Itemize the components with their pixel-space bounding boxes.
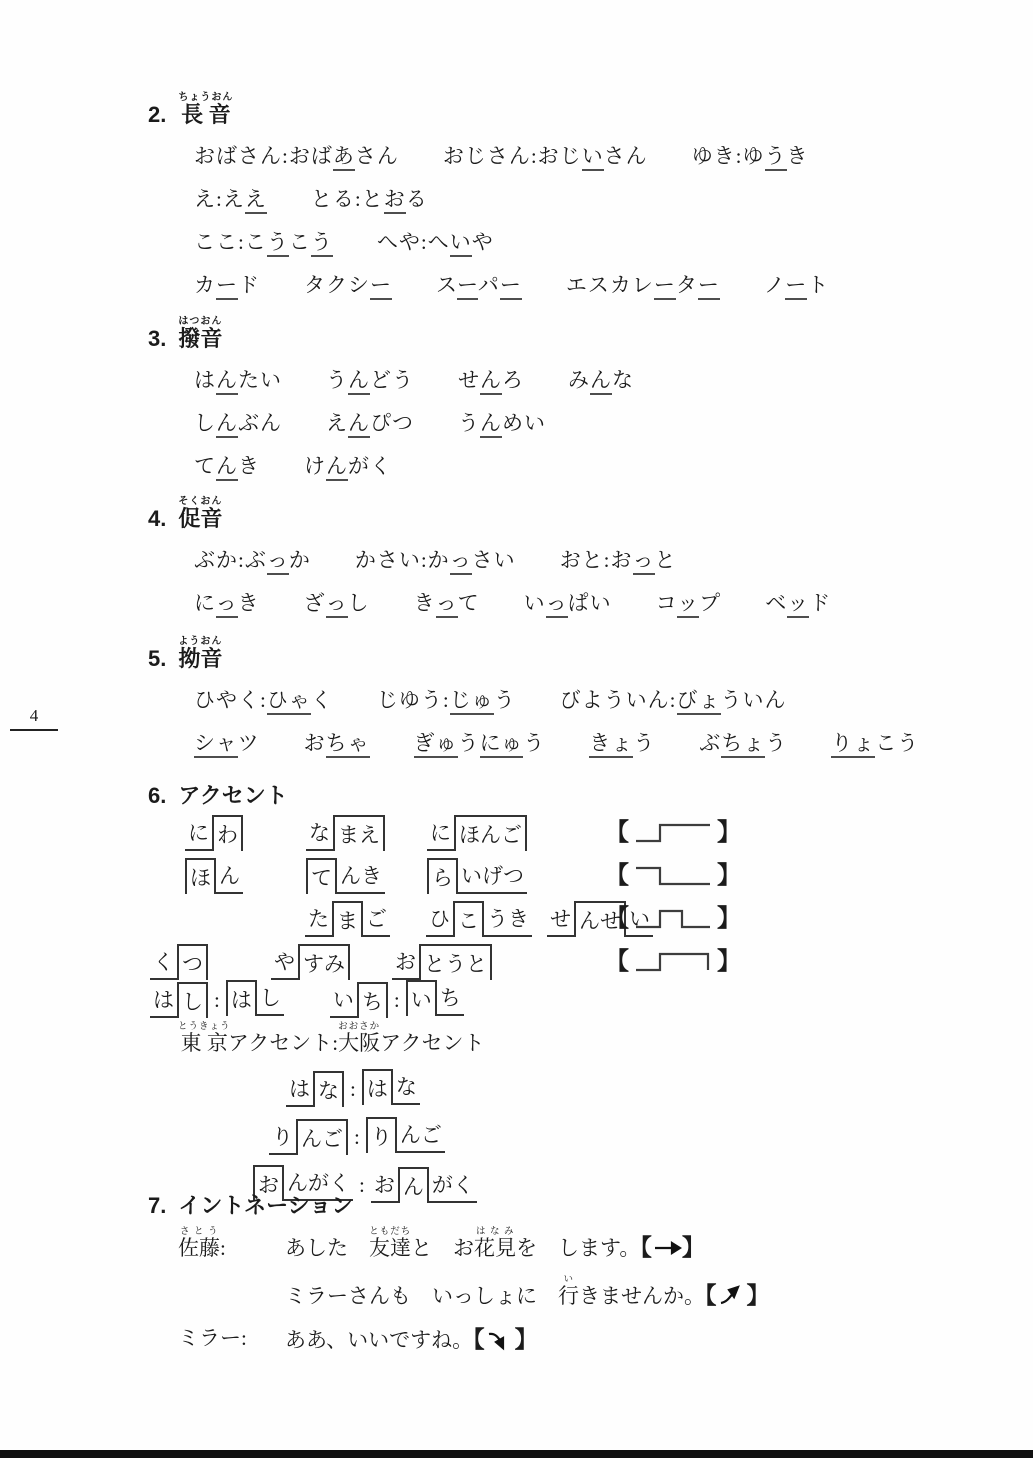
mora: か: [289, 548, 311, 572]
text-run: を: [516, 1236, 537, 1260]
accent-compare-row: りんご:りんご: [148, 1120, 1018, 1155]
underlined-mora: ん: [480, 368, 502, 395]
pitch-lo-mora: んき: [337, 858, 385, 894]
section-title-furigana: はつおん: [178, 316, 222, 327]
underlined-mora: ー: [785, 273, 807, 300]
text-run: いっしょに: [432, 1284, 537, 1308]
section-intonation-header: 7. イントネーション: [148, 1194, 1018, 1218]
intonation-arrow-rise-icon: [717, 1285, 747, 1307]
underlined-mora: ちょ: [721, 731, 765, 758]
mora: る: [406, 187, 428, 211]
accent-word: りんご: [366, 1117, 445, 1153]
section-title-ruby: 拗音ようおん: [178, 636, 222, 671]
mora: く: [311, 688, 333, 712]
mora: お: [304, 731, 326, 755]
dialogue-text: ミラーさんもいっしょに行いきませんか。【】: [285, 1275, 1018, 1314]
intonation-arrow-brackets: 【】: [473, 1328, 538, 1352]
underlined-mora: う: [765, 144, 787, 171]
underlined-mora: ちゃ: [326, 731, 370, 758]
section-sokuon: 4. 促音そくおん ぶか:ぶっかかさい:かっさいおと:おっと にっきざっしきって…: [148, 496, 1018, 617]
mora: え: [326, 411, 348, 435]
mora: カ: [194, 273, 216, 297]
mora: な: [612, 368, 634, 392]
pitch-hi-mora: ら: [427, 858, 458, 894]
underlined-mora: びょ: [677, 688, 721, 715]
mora: おと:お: [560, 548, 633, 572]
accent-word-slot: ほん: [185, 858, 306, 894]
mora: ぶ: [699, 731, 721, 755]
section-title: アクセント: [178, 784, 287, 808]
mora: ここ:こ: [194, 230, 267, 254]
underlined-mora: ー: [698, 273, 720, 300]
intonation-arrow-brackets: 【】: [705, 1284, 770, 1308]
text-run: ミラーさんも: [285, 1284, 411, 1308]
section-title-ruby: 促音そくおん: [178, 496, 222, 531]
mora: う: [765, 731, 787, 755]
mora: う: [326, 368, 348, 392]
accent-minimal-pairs-row: はし:はしいち:いち: [148, 983, 1018, 1018]
underlined-mora: っ: [326, 591, 348, 618]
drill-word: うんめい: [458, 407, 546, 437]
underlined-mora: ー: [500, 273, 522, 300]
pitch-lo-mora: いげつ: [458, 858, 527, 894]
accent-word: なまえ: [306, 815, 385, 851]
pitch-lo-mora: な: [393, 1069, 420, 1105]
mora: がく: [348, 454, 392, 478]
mora: せ: [458, 368, 480, 392]
section-choon-header: 2. 長音ちょうおん: [148, 92, 1018, 127]
underlined-mora: シャ: [194, 731, 238, 758]
underlined-mora: ん: [216, 368, 238, 395]
underlined-mora: ッ: [677, 591, 699, 618]
mora: ぶん: [238, 411, 282, 435]
section-title: 促音: [178, 506, 222, 531]
pitch-lo-mora: し: [257, 980, 284, 1016]
section-sokuon-header: 4. 促音そくおん: [148, 496, 1018, 531]
pitch-lo-mora: うき: [484, 901, 532, 937]
drill-word: ぶちょう: [699, 727, 787, 757]
accent-word-slot: やすみ: [271, 944, 392, 980]
accent-word: たまご: [305, 901, 390, 937]
section-hatsuon: 3. 撥音はつおん はんたいうんどうせんろみんな しんぶんえんぴつうんめい てん…: [148, 316, 1018, 480]
section-choon: 2. 長音ちょうおん おばさん:おばあさんおじさん:おじいさんゆき:ゆうき え:…: [148, 92, 1018, 299]
pitch-lo-mora: せ: [547, 901, 574, 937]
drill-line: はんたいうんどうせんろみんな: [148, 364, 1018, 394]
left-lenticular-bracket: 【: [605, 821, 629, 845]
accent-word: くつ: [150, 944, 208, 980]
underlined-mora: ぎゅ: [414, 731, 458, 758]
accent-word: やすみ: [271, 944, 350, 980]
colon: :: [214, 988, 220, 1012]
underlined-mora: っ: [267, 548, 289, 575]
drill-word: せんろ: [458, 364, 524, 394]
section-number: 7.: [148, 1194, 166, 1218]
drill-word: きって: [414, 587, 480, 617]
drill-word: いっぱい: [524, 587, 612, 617]
underlined-mora: ん: [348, 368, 370, 395]
mora: ノ: [764, 273, 785, 297]
drill-word: ゆき:ゆうき: [692, 140, 809, 170]
mora: ツ: [238, 731, 260, 755]
drill-word: スーパー: [436, 269, 522, 299]
underlined-mora: っ: [436, 591, 458, 618]
mora: ひやく:: [194, 688, 267, 712]
pitch-pattern: 【】: [605, 817, 741, 849]
scanned-textbook-page: { "page_number": "4", "sections": { "cho…: [0, 0, 1033, 1458]
right-lenticular-bracket: 】: [682, 1234, 705, 1260]
underlined-mora: ん: [590, 368, 612, 395]
right-lenticular-bracket: 】: [717, 950, 741, 974]
pitch-contour-lh-icon: [632, 817, 714, 849]
pitch-contour-lhl-icon: [632, 903, 714, 935]
mora: こう: [875, 731, 919, 755]
section-title: 長音: [178, 102, 233, 127]
mora: き: [238, 591, 260, 615]
mora: こ: [289, 230, 311, 254]
right-lenticular-bracket: 】: [747, 1282, 770, 1308]
underlined-mora: お: [384, 187, 406, 214]
underlined-mora: りょ: [831, 731, 875, 758]
pitch-hi-mora: こ: [453, 901, 484, 937]
mora: コ: [656, 591, 678, 615]
pitch-lo-mora: く: [150, 944, 177, 980]
underlined-mora: い: [582, 144, 604, 171]
accent-compare-row: はな:はな: [148, 1072, 1018, 1107]
pitch-pattern: 【】: [605, 946, 741, 978]
pitch-hi-mora: ほ: [185, 858, 216, 894]
right-lenticular-bracket: 】: [717, 864, 741, 888]
pitch-hi-mora: わ: [212, 815, 243, 851]
colon: :: [359, 1173, 365, 1197]
intonation-arrow-flat-icon: [652, 1237, 682, 1259]
section-title: イントネーション: [178, 1194, 353, 1218]
mora: と: [655, 548, 677, 572]
accent-word: はな: [286, 1071, 344, 1107]
accent-words: にわなまえにほんご: [185, 815, 548, 851]
accent-word: いち: [406, 980, 464, 1016]
mora: じゆう:: [377, 688, 450, 712]
accent-word: はし: [226, 980, 284, 1016]
mora: ス: [436, 273, 457, 297]
left-lenticular-bracket: 【: [640, 1234, 652, 1260]
pitch-hi-mora: んご: [296, 1119, 348, 1155]
underlined-mora: う: [311, 230, 333, 257]
drill-word: みんな: [568, 364, 634, 394]
underlined-mora: ー: [216, 273, 238, 300]
underlined-mora: ひゃ: [267, 688, 311, 715]
section-title-furigana: ようおん: [178, 636, 222, 647]
accent-word: いち: [330, 982, 388, 1018]
drill-line: にっきざっしきっていっぱいコップベッド: [148, 587, 1018, 617]
mora: ベ: [765, 591, 787, 615]
mora: びよういん:: [560, 688, 677, 712]
pitch-hi-mora: すみ: [298, 944, 350, 980]
mora: どう: [370, 368, 414, 392]
pitch-contour-lhf-icon: [632, 946, 714, 978]
left-lenticular-bracket: 【: [473, 1326, 485, 1352]
underlined-mora: ん: [216, 411, 238, 438]
drill-line: ひやく:ひゃくじゆう:じゅうびよういん:びょういん: [148, 684, 1018, 714]
pitch-lo-mora: や: [271, 944, 298, 980]
speaker-name: ミラー:: [178, 1322, 285, 1358]
mora: エスカレ: [566, 273, 654, 297]
pitch-hi-mora: り: [366, 1117, 397, 1153]
mora: タ: [676, 273, 698, 297]
underlined-mora: う: [267, 230, 289, 257]
drill-word: ひやく:ひゃく: [194, 684, 333, 714]
underlined-mora: っ: [216, 591, 238, 618]
accent-label: アクセント: [228, 1031, 332, 1055]
pitch-lo-mora: お: [392, 944, 419, 980]
accent-row: たまごひこうきせんせい 【】: [148, 902, 1018, 937]
text-run: きませんか。: [579, 1284, 705, 1308]
drill-line: カードタクシースーパーエスカレーターノート: [148, 269, 1018, 299]
text-run: :: [241, 1326, 247, 1350]
pitch-lo-mora: ひ: [426, 901, 453, 937]
underlined-mora: にゅ: [480, 731, 524, 758]
drill-word: シャツ: [194, 727, 260, 757]
mora: し: [194, 411, 216, 435]
mora: え:え: [194, 187, 245, 211]
mora: て: [458, 591, 480, 615]
section-accent-header: 6. アクセント: [148, 784, 1018, 808]
section-title: 撥音: [178, 326, 222, 351]
ruby-base: 行: [558, 1284, 579, 1308]
ruby-word: 佐藤さとう: [178, 1236, 220, 1260]
ruby-base: 友達: [369, 1236, 411, 1260]
drill-word: ざっし: [304, 587, 370, 617]
drill-word: コップ: [656, 587, 722, 617]
mora: ド: [238, 273, 260, 297]
underlined-mora: ん: [326, 454, 348, 481]
left-lenticular-bracket: 【: [605, 864, 629, 888]
accent-words: はし:はしいち:いち: [150, 980, 464, 1018]
section-title: 拗音: [178, 646, 222, 671]
colon: :: [394, 988, 400, 1012]
furigana: ともだち: [369, 1227, 411, 1237]
pitch-hi-mora: まえ: [333, 815, 385, 851]
underlined-mora: ー: [654, 273, 676, 300]
mora: ぱい: [568, 591, 612, 615]
drill-word: へや:へいや: [377, 226, 494, 256]
mora: や: [472, 230, 494, 254]
dialogue-text: ああ、いいですね。【】: [285, 1322, 1018, 1358]
drill-word: おちゃ: [304, 727, 370, 757]
drill-word: え:ええ: [194, 183, 267, 213]
dialogue-text: あした友達ともだちとお花見はなみをします。【】: [285, 1227, 1018, 1266]
pitch-lo-mora: は: [286, 1071, 313, 1107]
drill-word: ノート: [764, 269, 829, 299]
accent-word: おとうと: [392, 944, 492, 980]
section-title-furigana: ちょうおん: [178, 92, 233, 103]
mora: ゆき:ゆ: [692, 144, 765, 168]
mora: ういん: [721, 688, 787, 712]
pitch-lo-mora: んご: [397, 1117, 445, 1153]
drill-word: カード: [194, 269, 260, 299]
underlined-mora: ん: [480, 411, 502, 438]
accent-word: にほんご: [427, 815, 527, 851]
speaker-name: 佐藤さとう:: [178, 1227, 285, 1266]
accent-word-slot: くつ: [150, 944, 271, 980]
pitch-lo-mora: り: [269, 1119, 296, 1155]
section-number: 5.: [148, 647, 166, 671]
right-lenticular-bracket: 】: [717, 821, 741, 845]
intonation-arrow-fall-icon: [485, 1329, 515, 1351]
mora: に: [194, 591, 216, 615]
pitch-hi-mora: は: [226, 980, 257, 1016]
text-run: :: [220, 1236, 226, 1260]
text-run: お: [453, 1236, 474, 1260]
mora: ろ: [502, 368, 524, 392]
dialogue-line: 佐藤さとう: あした友達ともだちとお花見はなみをします。【】: [148, 1227, 1018, 1266]
mora: かさい:か: [355, 548, 450, 572]
drill-line: しんぶんえんぴつうんめい: [148, 407, 1018, 437]
pitch-lo-mora: は: [150, 982, 177, 1018]
mora: ぶか:ぶ: [194, 548, 267, 572]
furigana: はなみ: [474, 1227, 516, 1237]
pitch-hi-mora: とうと: [419, 944, 492, 980]
drill-word: びよういん:びょういん: [560, 684, 787, 714]
section-number: 3.: [148, 327, 166, 351]
section-number: 6.: [148, 784, 166, 808]
underlined-mora: っ: [450, 548, 472, 575]
right-lenticular-bracket: 】: [515, 1326, 538, 1352]
furigana: さとう: [178, 1227, 220, 1237]
section-number: 2.: [148, 103, 166, 127]
accent-word: はし: [150, 982, 208, 1018]
drill-word: かさい:かっさい: [355, 544, 516, 574]
underlined-mora: ー: [370, 273, 392, 300]
ruby-word: 友達ともだち: [369, 1236, 411, 1260]
underlined-mora: あ: [333, 144, 355, 171]
drill-word: ここ:こうこう: [194, 226, 333, 256]
accent-word: はな: [362, 1069, 420, 1105]
dialogue-line: ミラーさんもいっしょに行いきませんか。【】: [148, 1275, 1018, 1314]
pitch-hi-mora: ち: [357, 982, 388, 1018]
accent-word: らいげつ: [427, 858, 527, 894]
mora: き: [414, 591, 436, 615]
pitch-pattern: 【】: [605, 903, 741, 935]
drill-word: りょこう: [831, 727, 919, 757]
dialogue-line: ミラー: ああ、いいですね。【】: [148, 1322, 1018, 1358]
pitch-hi-mora: つ: [177, 944, 208, 980]
drill-word: うんどう: [326, 364, 414, 394]
text-run: ああ、いいですね。: [285, 1328, 473, 1352]
drill-word: てんき: [194, 450, 260, 480]
left-lenticular-bracket: 【: [605, 950, 629, 974]
ruby-word: 花見はなみ: [474, 1236, 516, 1260]
drill-word: エスカレーター: [566, 269, 720, 299]
left-lenticular-bracket: 【: [605, 907, 629, 931]
speaker-name: [178, 1275, 285, 1314]
mora: は: [194, 368, 216, 392]
mora: う: [458, 731, 480, 755]
intonation-arrow-brackets: 【】: [640, 1236, 705, 1260]
drill-line: てんきけんがく: [148, 450, 1018, 480]
pitch-lo-mora: に: [427, 815, 454, 851]
accent-word-slot: てんき: [306, 858, 427, 894]
pitch-hi-mora: ま: [332, 901, 363, 937]
accent-word-slot: らいげつ: [427, 858, 548, 894]
underlined-mora: い: [450, 230, 472, 257]
section-title-ruby: 撥音はつおん: [178, 316, 222, 351]
mora: ド: [809, 591, 831, 615]
drill-word: しんぶん: [194, 407, 282, 437]
drill-line: おばさん:おばあさんおじさん:おじいさんゆき:ゆうき: [148, 140, 1018, 170]
accent-row: くつやすみおとうと 【】: [148, 945, 1018, 980]
right-lenticular-bracket: 】: [717, 907, 741, 931]
colon: :: [354, 1125, 360, 1149]
underlined-mora: っ: [633, 548, 655, 575]
drill-word: はんたい: [194, 364, 282, 394]
mora: さん: [355, 144, 399, 168]
mora: い: [524, 591, 546, 615]
drill-line: シャツおちゃぎゅうにゅうきょうぶちょうりょこう: [148, 727, 1018, 757]
pitch-contour-hl-icon: [632, 860, 714, 892]
mora: う: [523, 731, 545, 755]
mora: て: [194, 454, 216, 478]
accent-word-slot: なまえ: [306, 815, 427, 851]
pitch-lo-mora: い: [330, 982, 357, 1018]
pitch-hi-mora: ほんご: [454, 815, 527, 851]
accent-word: てんき: [306, 858, 385, 894]
accent-word: りんご: [269, 1119, 348, 1155]
accent-label: アクセント: [380, 1031, 484, 1055]
mora: う: [494, 688, 516, 712]
drill-word: きょう: [589, 727, 655, 757]
ruby-base: 佐藤: [178, 1236, 220, 1260]
drill-word: けんがく: [304, 450, 392, 480]
underlined-mora: じゅ: [450, 688, 494, 715]
pitch-hi-mora: て: [306, 858, 337, 894]
section-title-ruby: 長音ちょうおん: [178, 92, 233, 127]
drill-word: ベッド: [765, 587, 831, 617]
mora: おばさん:おば: [194, 144, 333, 168]
accent-word-slot: おとうと: [392, 944, 513, 980]
drill-line: ここ:こうこうへや:へいや: [148, 226, 1018, 256]
pitch-hi-mora: し: [177, 982, 208, 1018]
mora: き: [787, 144, 809, 168]
pitch-hi-mora: な: [313, 1071, 344, 1107]
page-bottom-rule: [0, 1450, 1033, 1458]
underlined-mora: きょ: [589, 731, 633, 758]
ruby-word: 行い: [558, 1284, 579, 1308]
mora: う: [633, 731, 655, 755]
pitch-lo-mora: な: [306, 815, 333, 851]
mora: タクシ: [304, 273, 370, 297]
mora: おじさん:おじ: [443, 144, 582, 168]
text-run: ミラー: [178, 1326, 241, 1350]
accent-word-slot: ひこうき: [426, 901, 547, 937]
section-accent: 6. アクセント にわなまえにほんご 【】 ほんてんきらいげつ 【】 たまごひこ…: [148, 784, 1018, 1203]
section-yoon-header: 5. 拗音ようおん: [148, 636, 1018, 671]
mora: ト: [807, 273, 829, 297]
drill-line: ぶか:ぶっかかさい:かっさいおと:おっと: [148, 544, 1018, 574]
colon: :: [350, 1077, 356, 1101]
pitch-lo-mora: に: [185, 815, 212, 851]
drill-word: とる:とおる: [311, 183, 428, 213]
underlined-mora: ん: [348, 411, 370, 438]
section-hatsuon-header: 3. 撥音はつおん: [148, 316, 1018, 351]
drill-word: おばさん:おばあさん: [194, 140, 399, 170]
mora: け: [304, 454, 326, 478]
mora: ざ: [304, 591, 326, 615]
mora: プ: [699, 591, 721, 615]
section-yoon: 5. 拗音ようおん ひやく:ひゃくじゆう:じゅうびよういん:びょういん シャツお…: [148, 636, 1018, 757]
pitch-lo-mora: ん: [216, 858, 243, 894]
pitch-lo-mora: ち: [437, 980, 464, 1016]
mora: パ: [478, 273, 500, 297]
